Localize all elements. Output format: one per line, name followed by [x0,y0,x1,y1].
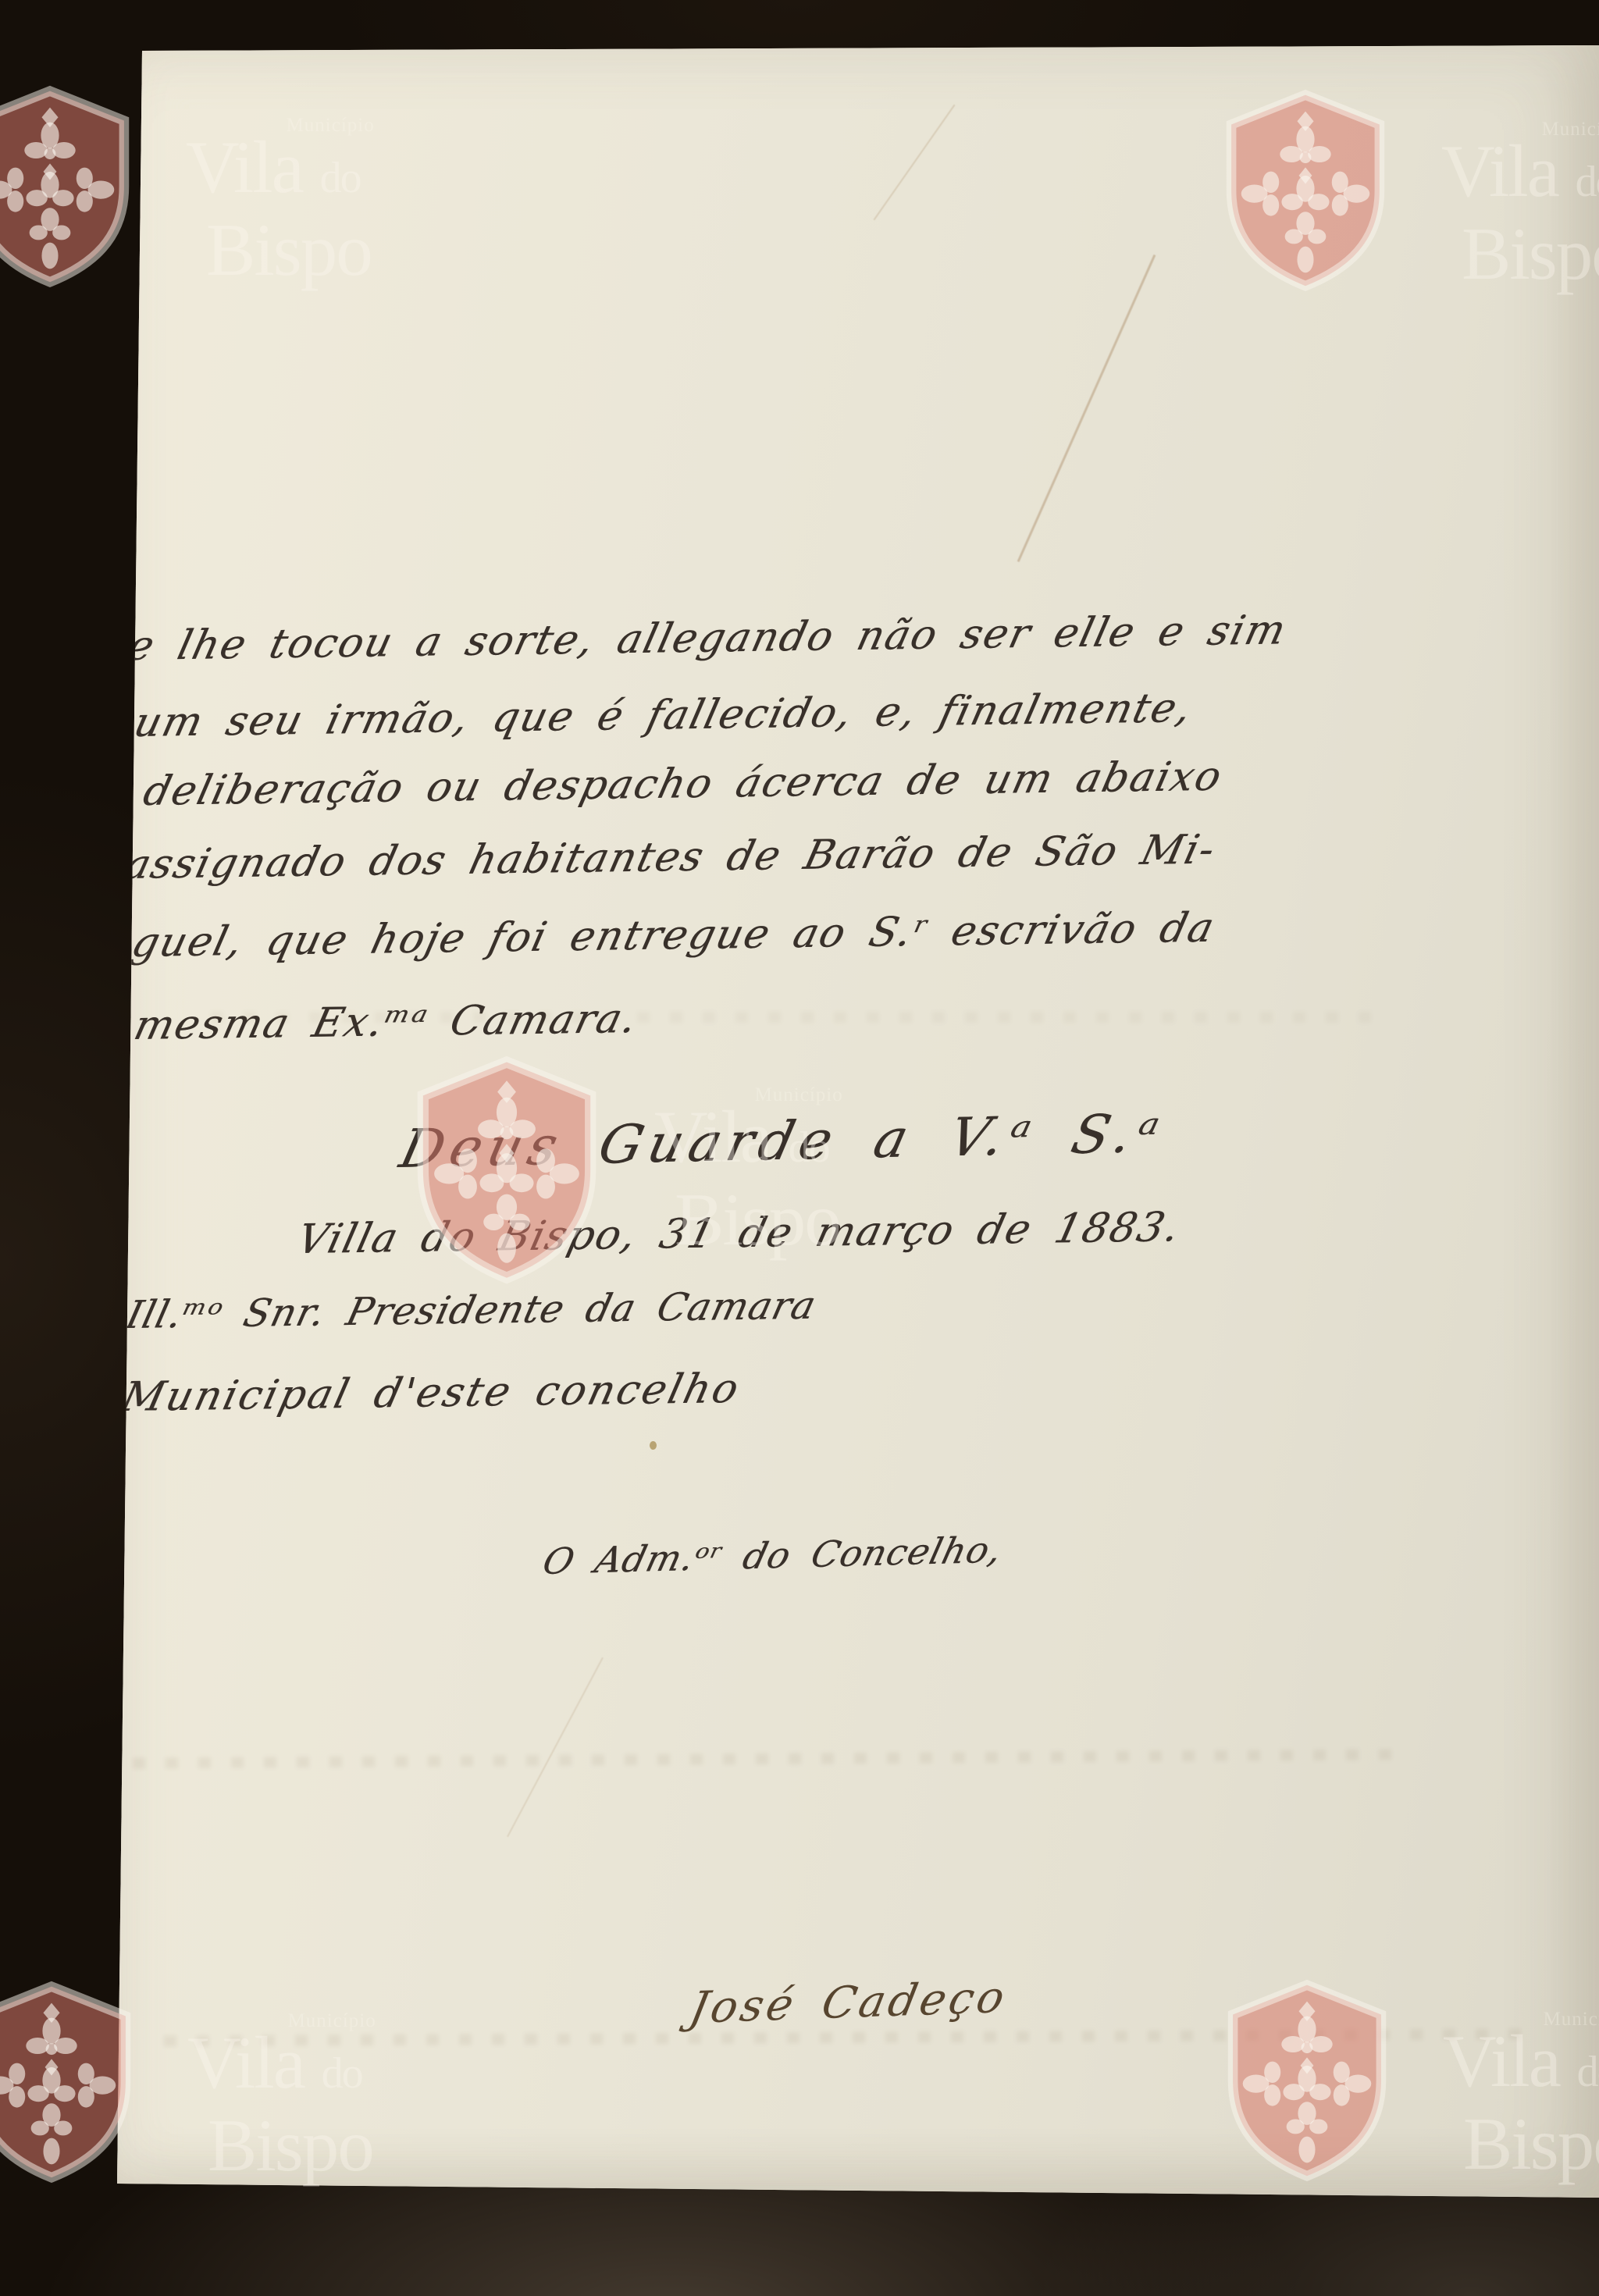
signature: José Cadeço [686,1972,1012,2034]
ink-bleed-through-mark [211,1012,1382,1023]
handwritten-line: e lhe tocou a sorte, allegando não ser e… [123,607,1291,670]
paper-scratch [874,105,956,221]
archival-photo: e lhe tocou a sorte, allegando não ser e… [0,0,1599,2296]
addressee-line: Ill.ᵐᵒ Snr. Presidente da Camara [122,1283,821,1337]
municipal-shield-icon [0,78,141,298]
paper-scratch [507,1657,604,1838]
handwritten-line: assignado dos habitantes de Barão de São… [120,827,1220,888]
ink-bleed-through-mark [164,2028,1522,2046]
handwritten-line: deliberação ou despacho ácerca de um aba… [139,753,1227,815]
manuscript-page: e lhe tocou a sorte, allegando não ser e… [117,45,1599,2198]
valediction-line: Deus Guarde a V.ᵃ S.ᵃ [394,1103,1170,1180]
handwritten-line: guel, que hoje foi entregue ao S.ʳ escri… [127,905,1220,966]
signer-title-line: O Adm.ᵒʳ do Concelho, [539,1529,1006,1582]
dateline: Villa do Bispo, 31 de março de 1883. [293,1204,1185,1263]
handwritten-line: um seu irmão, que é fallecido, e, finalm… [130,685,1197,746]
ink-bleed-through-mark [133,1749,1398,1768]
paper-stain [650,1441,657,1450]
addressee-line: Municipal d'este concelho [117,1365,745,1421]
paper-scratch [1017,255,1156,562]
